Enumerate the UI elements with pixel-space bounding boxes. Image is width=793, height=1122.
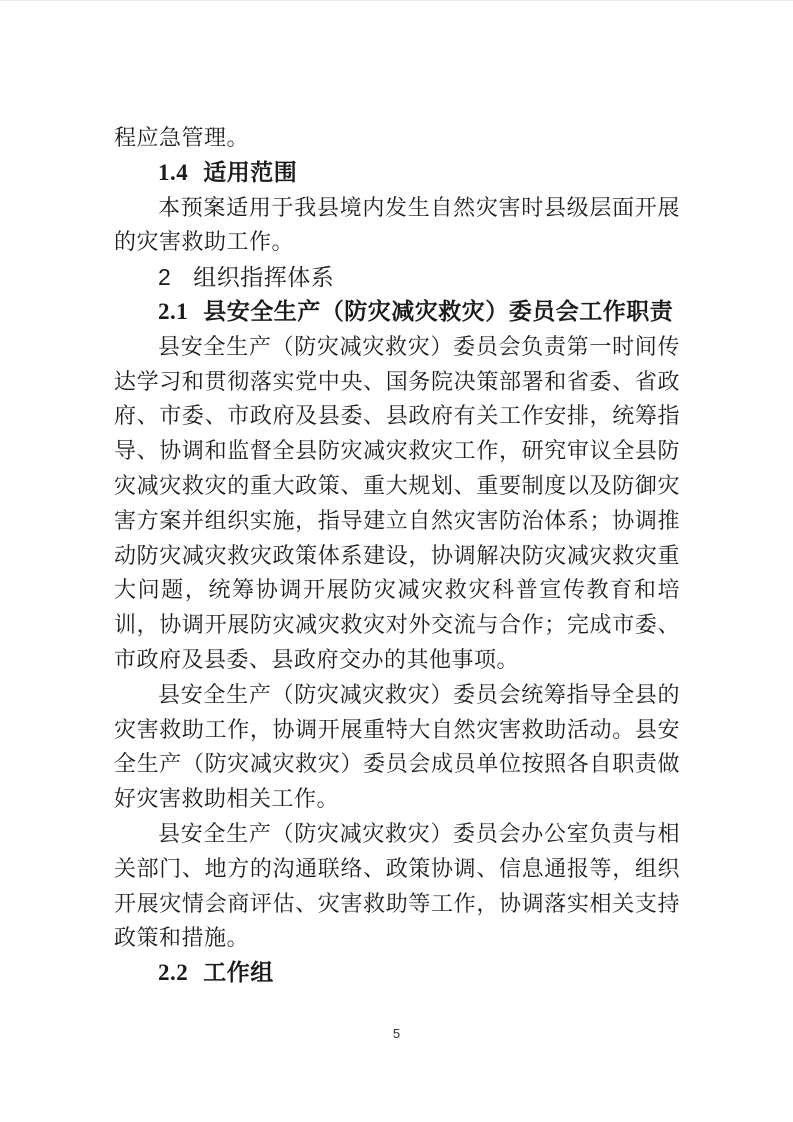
page-footer: 5: [0, 1026, 793, 1041]
paragraph-scope: 本预案适用于我县境内发生自然灾害时县级层面开展的灾害救助工作。: [114, 191, 680, 261]
document-page-body: 程应急管理。 1.4适用范围 本预案适用于我县境内发生自然灾害时县级层面开展的灾…: [114, 121, 680, 991]
heading-title: 工作组: [203, 960, 274, 985]
section-heading-2-1: 2.1县安全生产（防灾减灾救灾）委员会工作职责: [114, 295, 680, 330]
chapter-heading-2: 2组织指挥体系: [114, 260, 680, 295]
section-heading-1-4: 1.4适用范围: [114, 156, 680, 191]
heading-number: 2.1: [158, 299, 188, 324]
heading-number: 1.4: [158, 160, 188, 185]
page-number: 5: [393, 1026, 400, 1041]
paragraph-committee-office: 县安全生产（防灾减灾救灾）委员会办公室负责与相关部门、地方的沟通联络、政策协调、…: [114, 817, 680, 956]
heading-number: 2: [158, 264, 171, 290]
paragraph-committee-duties: 县安全生产（防灾减灾救灾）委员会负责第一时间传达学习和贯彻落实党中央、国务院决策…: [114, 330, 680, 678]
section-heading-2-2: 2.2工作组: [114, 956, 680, 991]
heading-title: 县安全生产（防灾减灾救灾）委员会工作职责: [203, 299, 673, 324]
page-top-edge: [0, 0, 793, 1]
heading-title: 适用范围: [203, 160, 297, 185]
heading-number: 2.2: [158, 960, 188, 985]
paragraph-committee-coordination: 县安全生产（防灾减灾救灾）委员会统筹指导全县的灾害救助工作，协调开展重特大自然灾…: [114, 678, 680, 817]
paragraph-continuation: 程应急管理。: [114, 121, 680, 156]
heading-title: 组织指挥体系: [193, 264, 334, 290]
